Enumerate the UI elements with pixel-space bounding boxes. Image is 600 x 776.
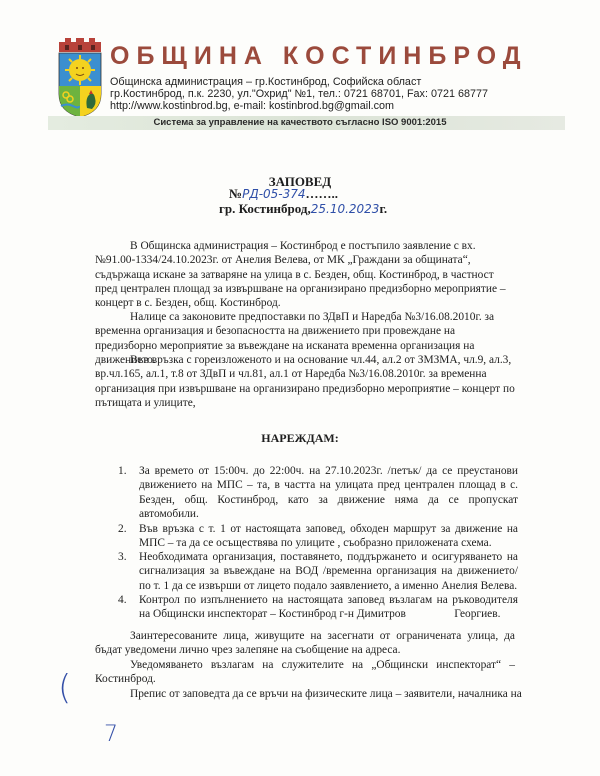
handwritten-order-number: РД-05-374: [242, 187, 305, 201]
paragraph-assignment: Уведомяването възлагам на служителите на…: [95, 658, 515, 687]
item-text: Във връзка с т. 1 от настоящата заповед,…: [139, 522, 518, 551]
item-number: 2.: [118, 522, 127, 536]
order-place-date: гр. Костинброд,25.10.2023г.: [219, 201, 387, 217]
number-dots: ……..: [306, 186, 339, 201]
item-number: 3.: [118, 550, 127, 564]
number-prefix: №: [229, 186, 242, 201]
paragraph-notification: Заинтересованите лица, живущите на засег…: [95, 629, 515, 658]
order-item-2: 2. Във връзка с т. 1 от настоящата запов…: [118, 522, 518, 551]
coat-of-arms-icon: [57, 38, 103, 118]
order-item-4: 4. Контрол по изпълнението на настоящата…: [118, 593, 518, 622]
order-item-3: 3. Необходимата организация, поставянето…: [118, 550, 518, 593]
municipality-title: ОБЩИНА КОСТИНБРОД: [110, 42, 528, 71]
handwritten-date: 25.10.2023: [311, 202, 380, 216]
paragraph-grounds: Във връзка с гореизложеното и на основан…: [95, 353, 515, 410]
order-number: №РД-05-374……..: [229, 186, 338, 202]
place-suffix: г.: [379, 201, 387, 216]
item-text: Контрол по изпълнението на настоящата за…: [139, 593, 518, 622]
order-item-1: 1. За времето от 15:00ч. до 22:00ч. на 2…: [118, 464, 518, 521]
margin-mark-seven: 7: [104, 722, 118, 747]
address-line-1: Общинска администрация – гр.Костинброд, …: [110, 76, 421, 88]
place-prefix: гр. Костинброд,: [219, 201, 311, 216]
contact-line: http://www.kostinbrod.bg, e-mail: kostin…: [110, 100, 394, 112]
item-number: 4.: [118, 593, 127, 607]
item-text: За времето от 15:00ч. до 22:00ч. на 27.1…: [139, 464, 518, 521]
paragraph-application: В Общинска администрация – Костинброд е …: [95, 239, 515, 310]
item-text: Необходимата организация, поставянето, п…: [139, 550, 518, 593]
address-line-2: гр.Костинброд, п.к. 2230, ул."Охрид" №1,…: [110, 88, 488, 100]
item-number: 1.: [118, 464, 127, 478]
margin-mark-bracket: (: [58, 668, 71, 708]
order-heading: НАРЕЖДАМ:: [0, 431, 600, 446]
iso-line: Система за управление на качеството съгл…: [0, 117, 600, 128]
paragraph-copy: Препис от заповедта да се връчи на физич…: [95, 687, 555, 701]
